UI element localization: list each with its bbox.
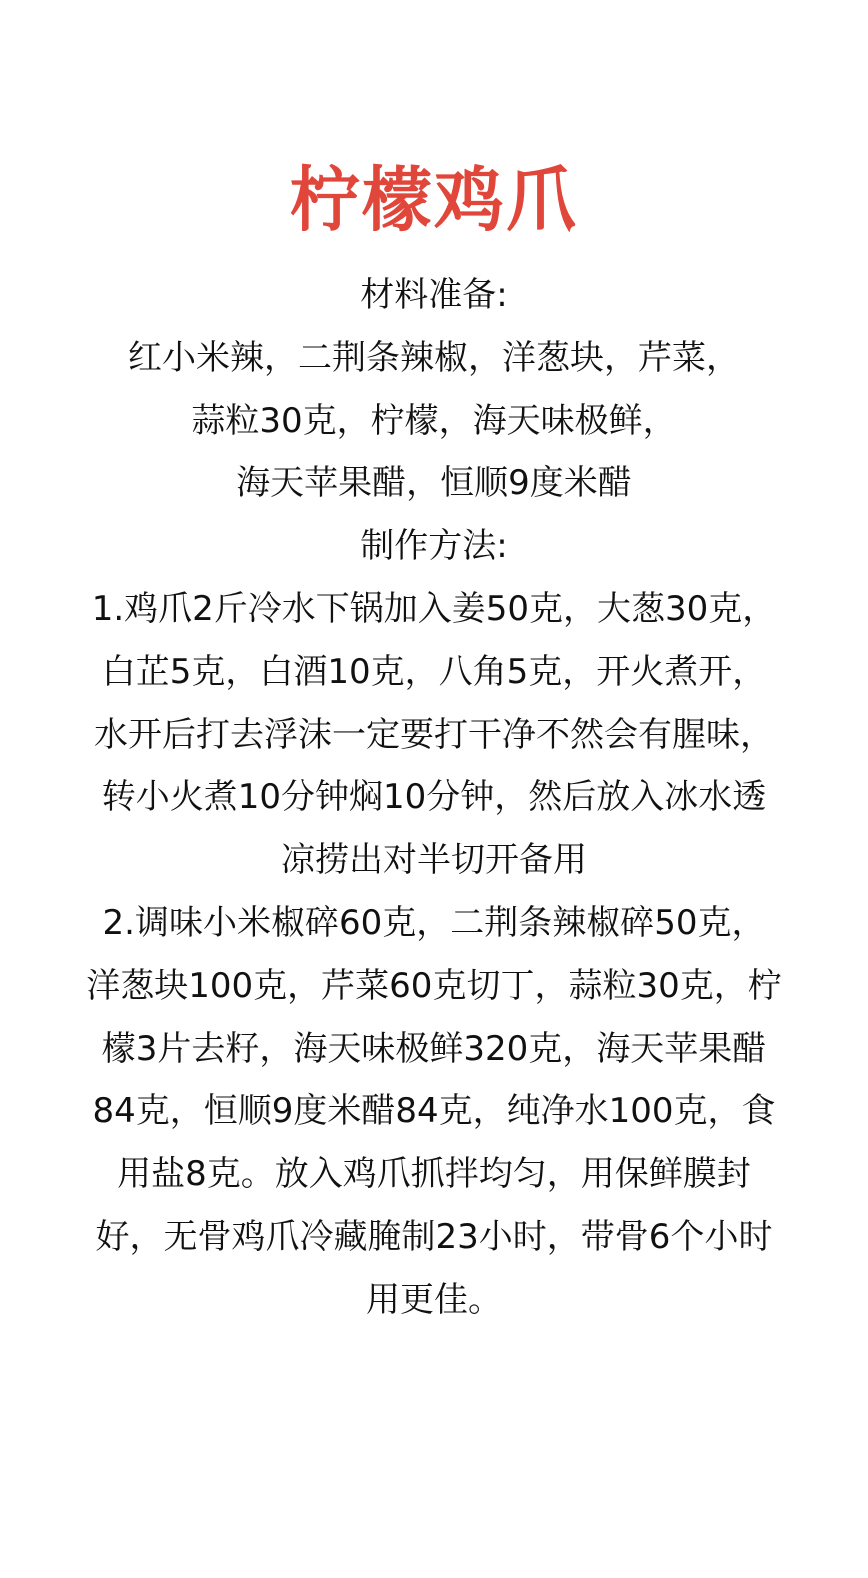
step-line: 1.鸡爪2斤冷水下锅加入姜50克，大葱30克， [0,578,868,641]
step-line: 凉捞出对半切开备用 [0,829,868,892]
step-line: 水开后打去浮沫一定要打干净不然会有腥味， [0,704,868,767]
method-step-1: 1.鸡爪2斤冷水下锅加入姜50克，大葱30克， 白芷5克，白酒10克，八角5克，… [0,578,868,892]
step-line: 洋葱块100克，芹菜60克切丁，蒜粒30克，柠 [0,955,868,1018]
step-line: 用更佳。 [0,1269,868,1332]
recipe-title: 柠檬鸡爪 [0,160,868,240]
step-line: 檬3片去籽，海天味极鲜320克，海天苹果醋 [0,1018,868,1081]
recipe-body: 材料准备: 红小米辣，二荆条辣椒，洋葱块，芹菜， 蒜粒30克，柠檬，海天味极鲜，… [0,264,868,1332]
ingredients-line: 蒜粒30克，柠檬，海天味极鲜， [0,390,868,453]
method-heading: 制作方法: [0,515,868,578]
step-line: 2.调味小米椒碎60克，二荆条辣椒碎50克， [0,892,868,955]
ingredients-line: 红小米辣，二荆条辣椒，洋葱块，芹菜， [0,327,868,390]
step-line: 用盐8克。放入鸡爪抓拌均匀，用保鲜膜封 [0,1143,868,1206]
method-step-2: 2.调味小米椒碎60克，二荆条辣椒碎50克， 洋葱块100克，芹菜60克切丁，蒜… [0,892,868,1332]
step-line: 好，无骨鸡爪冷藏腌制23小时，带骨6个小时 [0,1206,868,1269]
ingredients-line: 海天苹果醋，恒顺9度米醋 [0,452,868,515]
step-line: 转小火煮10分钟焖10分钟，然后放入冰水透 [0,766,868,829]
ingredients-list: 红小米辣，二荆条辣椒，洋葱块，芹菜， 蒜粒30克，柠檬，海天味极鲜， 海天苹果醋… [0,327,868,515]
step-line: 84克，恒顺9度米醋84克，纯净水100克，食 [0,1080,868,1143]
step-line: 白芷5克，白酒10克，八角5克，开火煮开， [0,641,868,704]
ingredients-heading: 材料准备: [0,264,868,327]
